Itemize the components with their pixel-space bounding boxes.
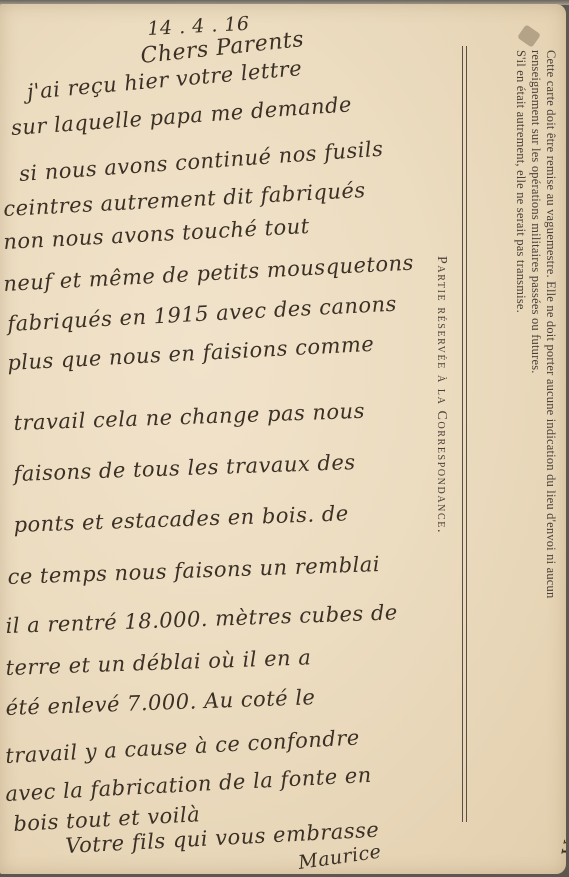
letter-line: travail y a cause à ce confondre bbox=[5, 725, 361, 768]
letter-line: ponts et estacades en bois. de bbox=[13, 501, 349, 537]
letter-line: été enlevé 7.000. Au coté le bbox=[5, 685, 316, 720]
margin-note-right: Vous avez du recevoir ma dernière lettre… bbox=[558, 269, 566, 859]
letter-signature: Maurice bbox=[297, 841, 383, 874]
letter-line: terre et un déblai où il en a bbox=[5, 645, 312, 680]
letter-line: travail cela ne change pas nous bbox=[13, 399, 365, 435]
printed-section-label: Partie réservée à la Correspondance. bbox=[433, 256, 449, 534]
printed-notice-line2: renseignement sur les opérations militai… bbox=[528, 50, 543, 374]
letter-line: avec la fabrication de la fonte en bbox=[5, 763, 373, 806]
printed-notice-line3: S'il en était autrement, elle ne serait … bbox=[513, 50, 528, 313]
letter-line: faisons de tous les travaux des bbox=[13, 450, 356, 486]
double-rule-divider bbox=[462, 46, 467, 822]
postcard: Cette carte doit être remise au vaguemes… bbox=[0, 4, 566, 874]
printed-notice-line1: Cette carte doit être remise au vaguemes… bbox=[543, 50, 558, 598]
letter-line: ce temps nous faisons un remblai bbox=[7, 552, 380, 589]
letter-line: il a rentré 18.000. mètres cubes de bbox=[5, 600, 398, 638]
letter-line: ceintres autrement dit fabriqués bbox=[3, 178, 366, 221]
ink-blot bbox=[517, 24, 541, 47]
letter-line: non nous avons touché tout bbox=[3, 214, 310, 254]
letter-line: si nous avons continué nos fusils bbox=[18, 137, 384, 186]
letter-line: neuf et même de petits mousquetons bbox=[3, 251, 415, 296]
letter-line: plus que nous en faisions comme bbox=[7, 332, 375, 375]
letter-line: fabriqués en 1915 avec des canons bbox=[7, 292, 398, 336]
